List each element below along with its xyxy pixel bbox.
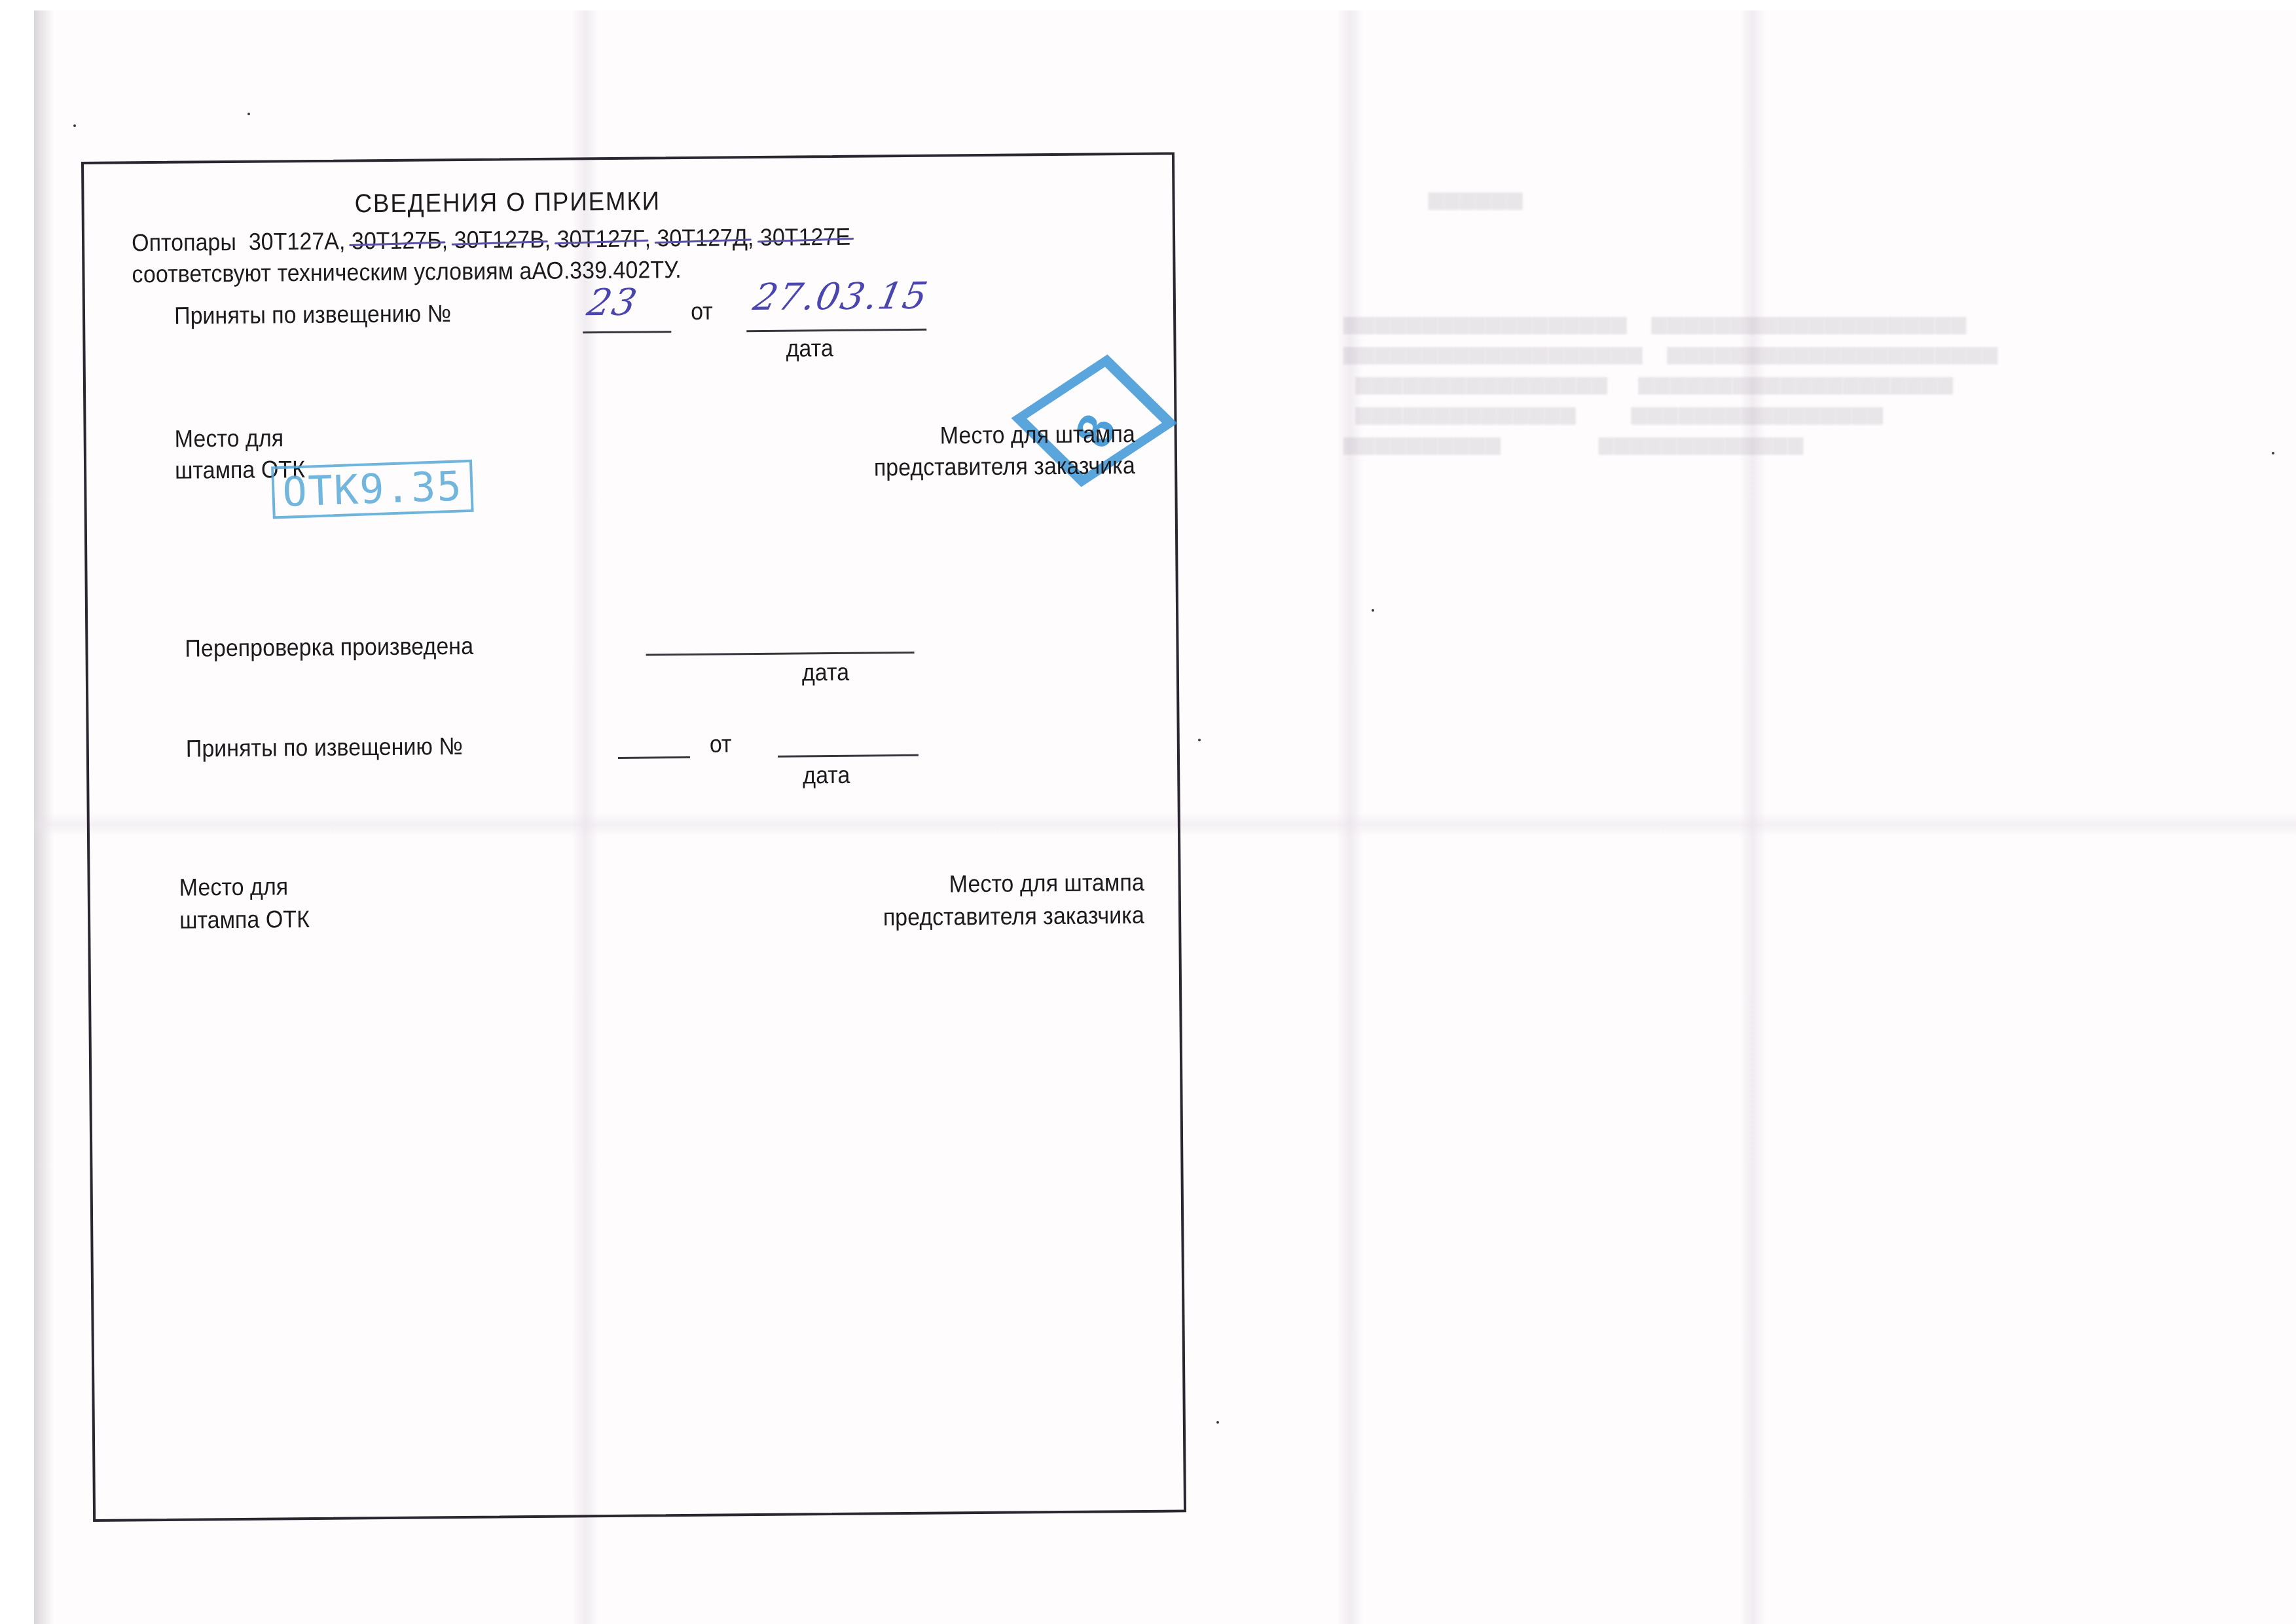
customer-stamp-place-2-line2: представителя заказчика (883, 902, 1144, 931)
product-list: 30Т127А, 30Т127Б, 30Т127В, 30Т127Г, 30Т1… (249, 223, 851, 255)
date-line (746, 329, 926, 332)
form-title: СВЕДЕНИЯ О ПРИЕМКИ (354, 187, 661, 219)
recheck-date-line (646, 652, 915, 656)
date-caption: дата (786, 335, 833, 363)
scan-speck (73, 124, 76, 127)
scan-speck (1372, 609, 1374, 612)
scan-speck (247, 113, 250, 115)
bleed-through-text: ▆▆▆▆▆▆▆▆▆▆▆▆▆▆▆▆▆▆ ▆▆▆▆▆▆▆▆▆▆▆▆▆▆▆▆▆▆▆▆ … (1343, 308, 1998, 459)
acceptance-2-from-label: от (710, 730, 732, 758)
product-item: 30Т127Б (352, 227, 442, 255)
scan-speck (2272, 452, 2274, 454)
product-item: 30Т127В (454, 226, 545, 254)
recheck-label: Перепроверка произведена (185, 633, 473, 663)
otk-stamp-place-2-line2: штампа ОТК (179, 906, 310, 934)
date-handwritten: 27.03.15 (750, 275, 932, 319)
otk-stamp: ОТК9.35 (271, 460, 474, 519)
scan-speck (1198, 739, 1201, 741)
scan-speck (1216, 1421, 1219, 1424)
acceptance-2-notice-label: Приняты по извещению № (186, 733, 463, 763)
acceptance-2-date-line (778, 754, 919, 758)
customer-stamp-place-line2: представителя заказчика (874, 452, 1135, 481)
acceptance-2-date-caption: дата (803, 762, 850, 790)
product-item: 30Т127Г (556, 225, 644, 253)
product-item: 30Т127Д (657, 224, 748, 252)
products-line: Оптопары 30Т127А, 30Т127Б, 30Т127В, 30Т1… (132, 223, 850, 257)
product-item: 30Т127Е (760, 223, 851, 251)
from-label: от (691, 298, 713, 325)
recheck-date-caption: дата (802, 659, 850, 687)
customer-stamp-place-line1: Место для штампа (939, 420, 1135, 450)
products-label: Оптопары (132, 229, 236, 256)
otk-stamp-place-2-line1: Место для (179, 873, 288, 901)
otk-stamp-place-line1: Место для (175, 424, 284, 452)
acceptance-form-frame: СВЕДЕНИЯ О ПРИЕМКИ Оптопары 30Т127А, 30Т… (81, 152, 1186, 1521)
product-item: 30Т127А (249, 228, 340, 255)
acceptance-notice-label: Приняты по извещению № (174, 300, 451, 330)
customer-stamp-place-2-line1: Место для штампа (949, 869, 1144, 898)
bleed-through-text: ▆▆▆▆▆▆ (1429, 184, 1523, 214)
acceptance-2-number-line (618, 756, 690, 759)
notice-number-handwritten: 23 (583, 282, 642, 325)
notice-number-line (583, 331, 671, 333)
